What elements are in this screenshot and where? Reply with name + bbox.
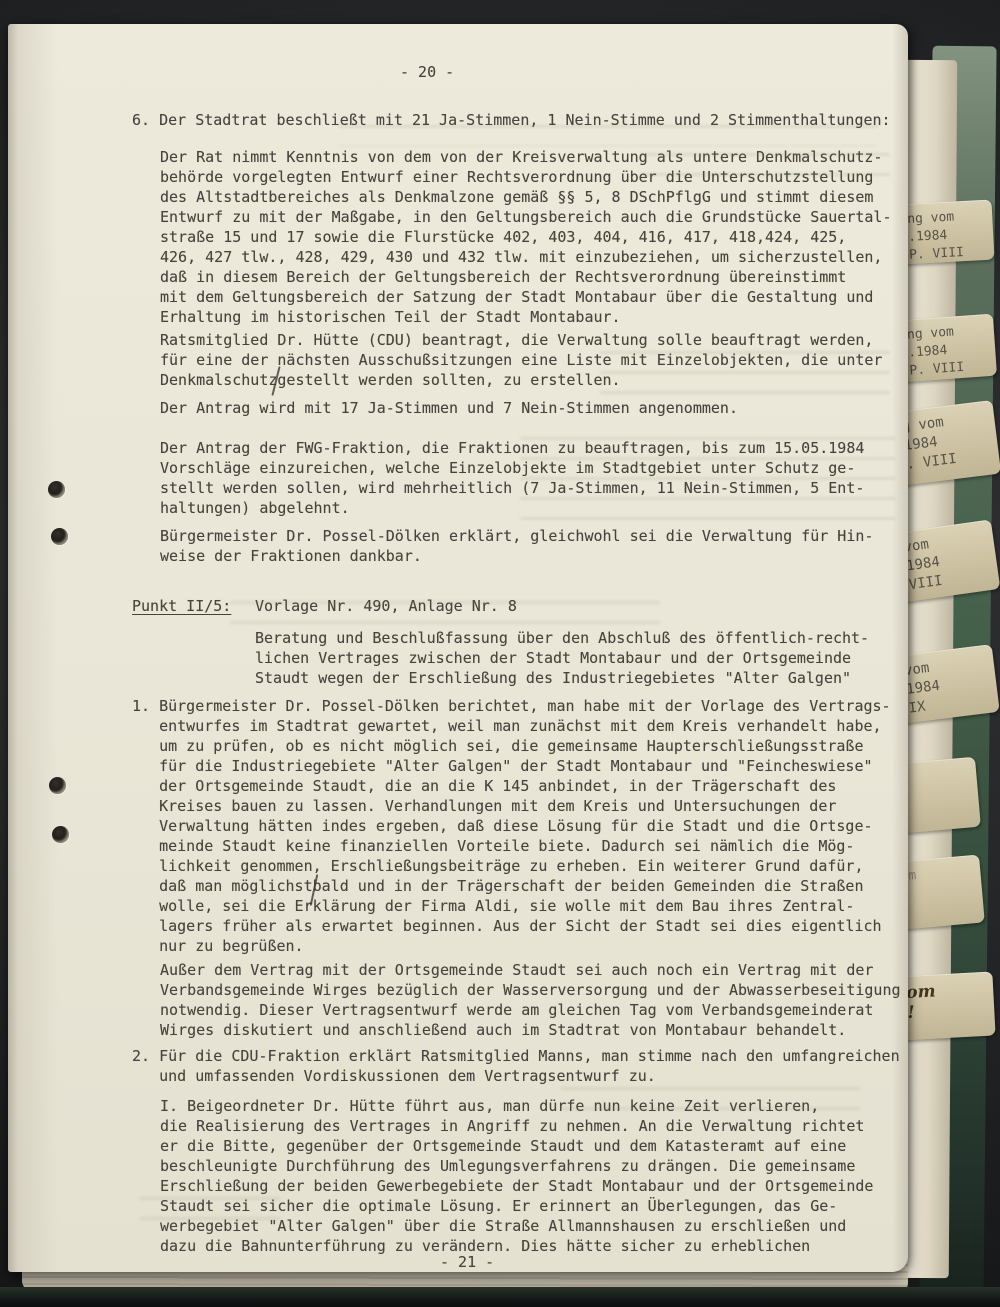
agenda-item-6-heading: 6. Der Stadtrat beschließt mit 21 Ja-Sti… bbox=[132, 110, 891, 130]
paragraph-abstimmung: Der Antrag wird mit 17 Ja-Stimmen und 7 … bbox=[160, 398, 738, 418]
paragraph-huette-antrag: Ratsmitglied Dr. Hütte (CDU) beantragt, … bbox=[160, 330, 882, 390]
index-tab: vom 1984 IX bbox=[892, 644, 1000, 724]
index-tab-handwritten: om ! bbox=[895, 972, 995, 1041]
paragraph-beigeordneter: I. Beigeordneter Dr. Hütte führt aus, ma… bbox=[160, 1096, 873, 1256]
scanned-book-page: ng vom .1984 P. VIII ng vom .1984 P. VII… bbox=[0, 0, 1000, 1307]
paragraph-denkmalschutz: Der Rat nimmt Kenntnis von dem von der K… bbox=[160, 147, 892, 327]
footer-page-number: - 21 - bbox=[440, 1252, 494, 1272]
punch-hole bbox=[49, 777, 66, 794]
punch-hole bbox=[48, 481, 65, 498]
paragraph-fwg-antrag: Der Antrag der FWG-Fraktion, die Fraktio… bbox=[160, 438, 864, 518]
index-tab-blank bbox=[897, 757, 981, 834]
punkt-vorlage-ref: Vorlage Nr. 490, Anlage Nr. 8 bbox=[255, 596, 517, 616]
index-tab: ng vom .1984 P. VIII bbox=[896, 200, 994, 265]
header-page-number: - 20 - bbox=[400, 62, 454, 82]
index-tab: ng vom .1984 P. VIII bbox=[896, 314, 997, 383]
punch-hole bbox=[51, 528, 68, 545]
paragraph-item-1: 1. Bürgermeister Dr. Possel-Dölken beric… bbox=[132, 696, 891, 956]
document-page: - 20 - 6. Der Stadtrat beschließt mit 21… bbox=[8, 24, 908, 1272]
paragraph-buergermeister: Bürgermeister Dr. Possel-Dölken erklärt,… bbox=[160, 526, 873, 566]
index-tab: m bbox=[897, 855, 985, 930]
punch-hole bbox=[52, 826, 69, 843]
punkt-label: Punkt II/5: bbox=[132, 596, 231, 616]
book-cover-bottom bbox=[0, 1287, 1000, 1307]
paragraph-ausser-vertrag: Außer dem Vertrag mit der Ortsgemeinde S… bbox=[160, 960, 901, 1040]
paragraph-item-2: 2. Für die CDU-Fraktion erklärt Ratsmitg… bbox=[132, 1046, 900, 1086]
punkt-subject: Beratung und Beschlußfassung über den Ab… bbox=[255, 628, 869, 688]
